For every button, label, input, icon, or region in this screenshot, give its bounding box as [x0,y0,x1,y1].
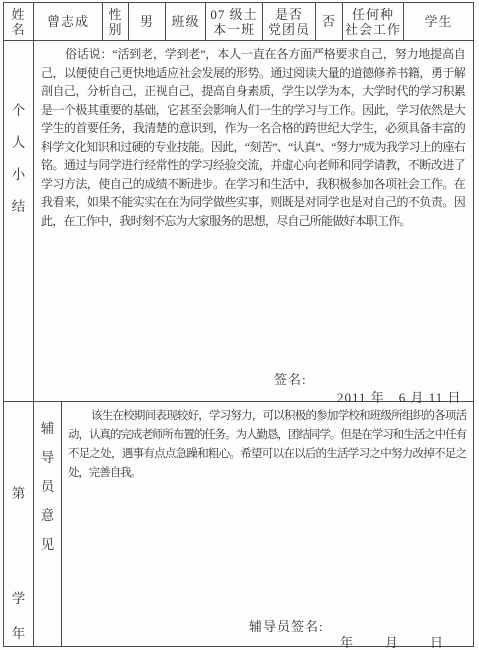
name-value-cell: 曾志成 [34,3,103,40]
party-member-value-cell: 否 [316,3,343,40]
header-row: 姓 名 曾志成 性 别 男 班级 07 级土 本一班 是否 党团员 否 任何种 … [4,3,473,41]
advisor-side-char: 辅 [41,422,55,436]
class-value-cell: 07 级土 本一班 [206,3,263,40]
social-work-value-cell: 学生 [404,3,473,40]
gender-label-cell: 性 别 [103,3,129,40]
advisor-signature-label: 辅导员签名: [249,616,324,635]
social-work-label-cell: 任何种 社会工作 [343,3,404,40]
academic-year-side-label: 第 学 年 [4,402,34,646]
summary-side-char: 个 [12,104,26,118]
advisor-date-month-label: 月 [385,632,398,650]
scanned-student-form: 姓 名 曾志成 性 别 男 班级 07 级土 本一班 是否 党团员 否 任何种 … [0,0,479,650]
summary-row: 个 人 小 结 俗话说：“活到老，学到老”，本人一直在各方面严格要求自己，努力地… [4,41,473,402]
advisor-side-char: 见 [41,538,55,552]
summary-signature-label: 签名: [274,369,307,388]
advisor-side-char: 导 [41,451,55,465]
summary-side-label: 个 人 小 结 [4,41,34,401]
advisor-date-line: 年 月 日 [340,632,443,650]
year-side-char: 学 [12,592,26,606]
advisor-side-char: 员 [41,480,55,494]
summary-side-char: 人 [12,136,26,150]
year-side-char: 第 [12,487,26,501]
advisor-side-char: 意 [41,509,55,523]
advisor-content-cell: 该生在校期间表现较好，学习努力，可以积极的参加学校和班级所组织的各项活动，认真的… [62,402,473,646]
party-member-label-cell: 是否 党团员 [263,3,316,40]
summary-side-char: 小 [12,168,26,182]
summary-content-cell: 俗话说：“活到老，学到老”，本人一直在各方面严格要求自己，努力地提高自己，以便使… [34,41,473,401]
gender-value-cell: 男 [129,3,166,40]
year-side-char: 年 [12,627,26,641]
advisor-date-day-label: 日 [430,632,443,650]
advisor-side-label: 辅 导 员 意 见 [34,402,62,646]
name-label-cell: 姓 名 [4,3,34,40]
class-label-cell: 班级 [166,3,206,40]
summary-body-text: 俗话说：“活到老，学到老”，本人一直在各方面严格要求自己，努力地提高自己，以便使… [34,41,473,230]
summary-side-char: 结 [12,200,26,214]
advisor-comment-text: 该生在校期间表现较好，学习努力，可以积极的参加学校和班级所组织的各项活动，认真的… [62,402,473,483]
form-table: 姓 名 曾志成 性 别 男 班级 07 级土 本一班 是否 党团员 否 任何种 … [3,2,474,647]
advisor-row: 第 学 年 辅 导 员 意 见 该生在校期间表现较好，学习努力，可以积极的参加学… [4,402,473,646]
advisor-date-year-label: 年 [340,632,353,650]
